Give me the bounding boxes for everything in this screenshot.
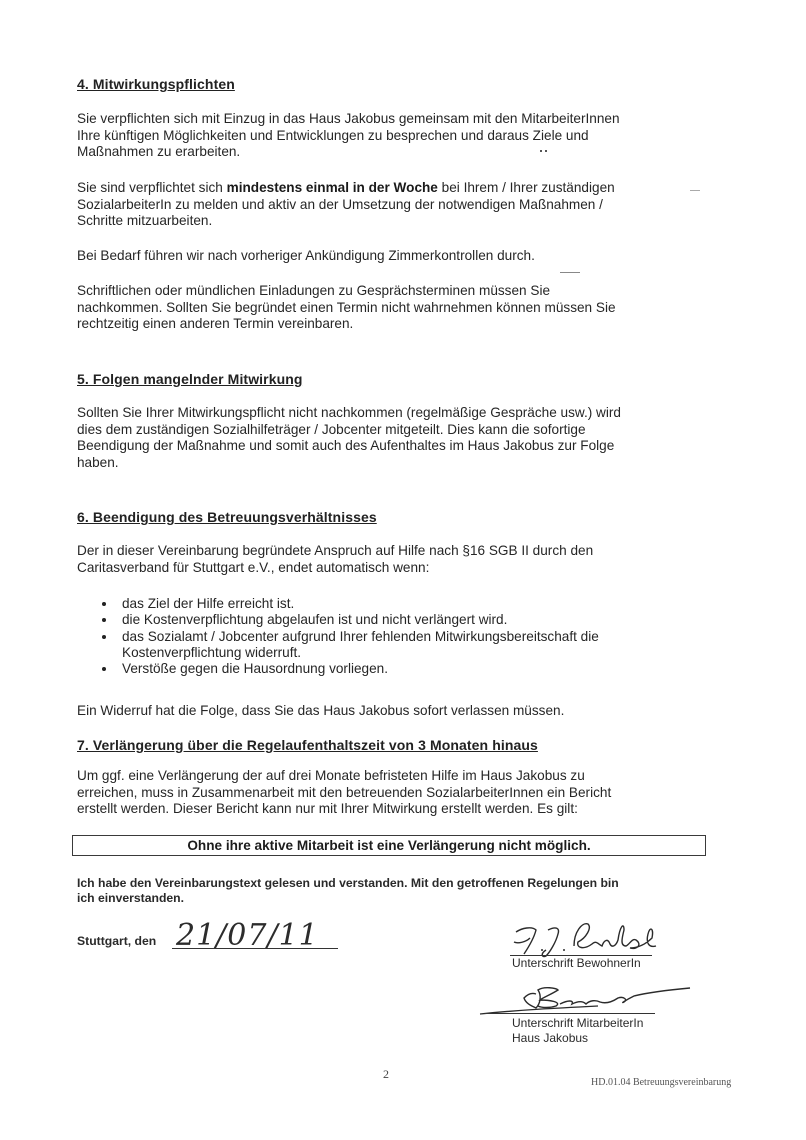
section-5-heading: 5. Folgen mangelnder Mitwirkung (77, 371, 303, 387)
section-6-heading: 6. Beendigung des Betreuungsverhältnisse… (77, 509, 377, 525)
section-7-paragraph: Um ggf. eine Verlängerung der auf drei M… (77, 768, 717, 818)
text-line: Um ggf. eine Verlängerung der auf drei M… (77, 768, 717, 785)
page-number: 2 (383, 1067, 389, 1082)
scan-artifact (540, 150, 542, 152)
notice-box: Ohne ihre aktive Mitarbeit ist eine Verl… (72, 835, 706, 856)
section-5-paragraph: Sollten Sie Ihrer Mitwirkungspflicht nic… (77, 405, 717, 471)
notice-text: Ohne ihre aktive Mitarbeit ist eine Verl… (187, 838, 590, 853)
text-line: Bei Bedarf führen wir nach vorheriger An… (77, 248, 717, 265)
emphasis-weekly: mindestens einmal in der Woche (227, 180, 438, 195)
scan-artifact (690, 190, 700, 191)
scan-artifact (560, 272, 580, 273)
text-line: Ich habe den Vereinbarungstext gelesen u… (77, 876, 717, 891)
resident-signature-icon (512, 918, 662, 960)
text-line: das Sozialamt / Jobcenter aufgrund Ihrer… (122, 629, 599, 644)
text-run: Sie sind verpflichtet sich (77, 180, 227, 195)
staff-signature-label: Unterschrift MitarbeiterIn Haus Jakobus (512, 1016, 643, 1046)
section-4-heading: 4. Mitwirkungspflichten (77, 76, 235, 92)
scan-artifact (545, 150, 547, 152)
list-item: Verstöße gegen die Hausordnung vorliegen… (100, 661, 720, 677)
text-line: haben. (77, 455, 717, 472)
list-item: das Sozialamt / Jobcenter aufgrund Ihrer… (100, 629, 720, 662)
text-line: Sollten Sie Ihrer Mitwirkungspflicht nic… (77, 405, 717, 422)
section-6-intro: Der in dieser Vereinbarung begründete An… (77, 543, 717, 576)
text-line: dies dem zuständigen Sozialhilfeträger /… (77, 422, 717, 439)
section-4-paragraph-1: Sie verpflichten sich mit Einzug in das … (77, 111, 717, 161)
document-code: HD.01.04 Betreuungsvereinbarung (591, 1077, 731, 1088)
list-item: das Ziel der Hilfe erreicht ist. (100, 596, 720, 612)
text-line: Ein Widerruf hat die Folge, dass Sie das… (77, 703, 717, 720)
section-6-bullet-list: das Ziel der Hilfe erreicht ist. die Kos… (100, 596, 720, 677)
section-4-paragraph-4: Schriftlichen oder mündlichen Einladunge… (77, 283, 717, 333)
text-line: Unterschrift MitarbeiterIn (512, 1016, 643, 1031)
section-7-heading: 7. Verlängerung über die Regelaufenthalt… (77, 737, 538, 753)
resident-signature-label: Unterschrift BewohnerIn (512, 956, 641, 970)
staff-signature-line (485, 1013, 655, 1014)
text-run: bei Ihrem / Ihrer zuständigen (438, 180, 615, 195)
place-date-label: Stuttgart, den (77, 934, 156, 948)
text-line: Ihre künftigen Möglichkeiten und Entwick… (77, 128, 717, 145)
section-4-paragraph-3: Bei Bedarf führen wir nach vorheriger An… (77, 248, 717, 265)
text-line: Der in dieser Vereinbarung begründete An… (77, 543, 717, 560)
text-line: ich einverstanden. (77, 891, 717, 906)
text-line: Caritasverband für Stuttgart e.V., endet… (77, 560, 717, 577)
text-line: Sie sind verpflichtet sich mindestens ei… (77, 180, 717, 197)
document-page: 4. Mitwirkungspflichten Sie verpflichten… (0, 0, 806, 1140)
section-4-paragraph-2: Sie sind verpflichtet sich mindestens ei… (77, 180, 717, 230)
text-line: SozialarbeiterIn zu melden und aktiv an … (77, 197, 717, 214)
text-line: Schriftlichen oder mündlichen Einladunge… (77, 283, 717, 300)
date-line (172, 948, 338, 949)
text-line: Kostenverpflichtung widerruft. (122, 645, 301, 660)
text-line: Beendigung der Maßnahme und somit auch d… (77, 438, 717, 455)
text-line: erreichen, muss in Zusammenarbeit mit de… (77, 785, 717, 802)
text-line: Sie verpflichten sich mit Einzug in das … (77, 111, 717, 128)
section-6-closing: Ein Widerruf hat die Folge, dass Sie das… (77, 703, 717, 720)
text-line: rechtzeitig einen anderen Termin vereinb… (77, 316, 717, 333)
text-line: erstellt werden. Dieser Bericht kann nur… (77, 801, 717, 818)
text-line: Schritte mitzuarbeiten. (77, 213, 717, 230)
agreement-statement: Ich habe den Vereinbarungstext gelesen u… (77, 876, 717, 906)
text-line: nachkommen. Sollten Sie begründet einen … (77, 300, 717, 317)
text-line: Haus Jakobus (512, 1031, 643, 1046)
text-line: Maßnahmen zu erarbeiten. (77, 144, 717, 161)
list-item: die Kostenverpflichtung abgelaufen ist u… (100, 612, 720, 628)
